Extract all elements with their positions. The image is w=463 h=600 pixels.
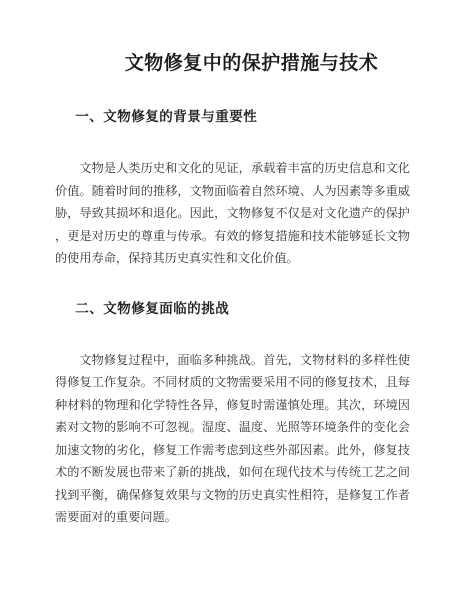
section-2-paragraph: 文物修复过程中，面临多种挑战。首先，文物材料的多样性使得修复工作复杂。不同材质的…	[55, 349, 410, 529]
document-title: 文物修复中的保护措施与技术	[55, 50, 410, 78]
section-1-paragraph: 文物是人类历史和文化的见证，承载着丰富的历史信息和文化价值。随着时间的推移，文物…	[55, 157, 410, 270]
section-2-heading: 二、文物修复面临的挑战	[55, 300, 410, 318]
document-page: 文物修复中的保护措施与技术 一、文物修复的背景与重要性 文物是人类历史和文化的见…	[0, 0, 463, 600]
section-1-heading: 一、文物修复的背景与重要性	[55, 108, 410, 126]
